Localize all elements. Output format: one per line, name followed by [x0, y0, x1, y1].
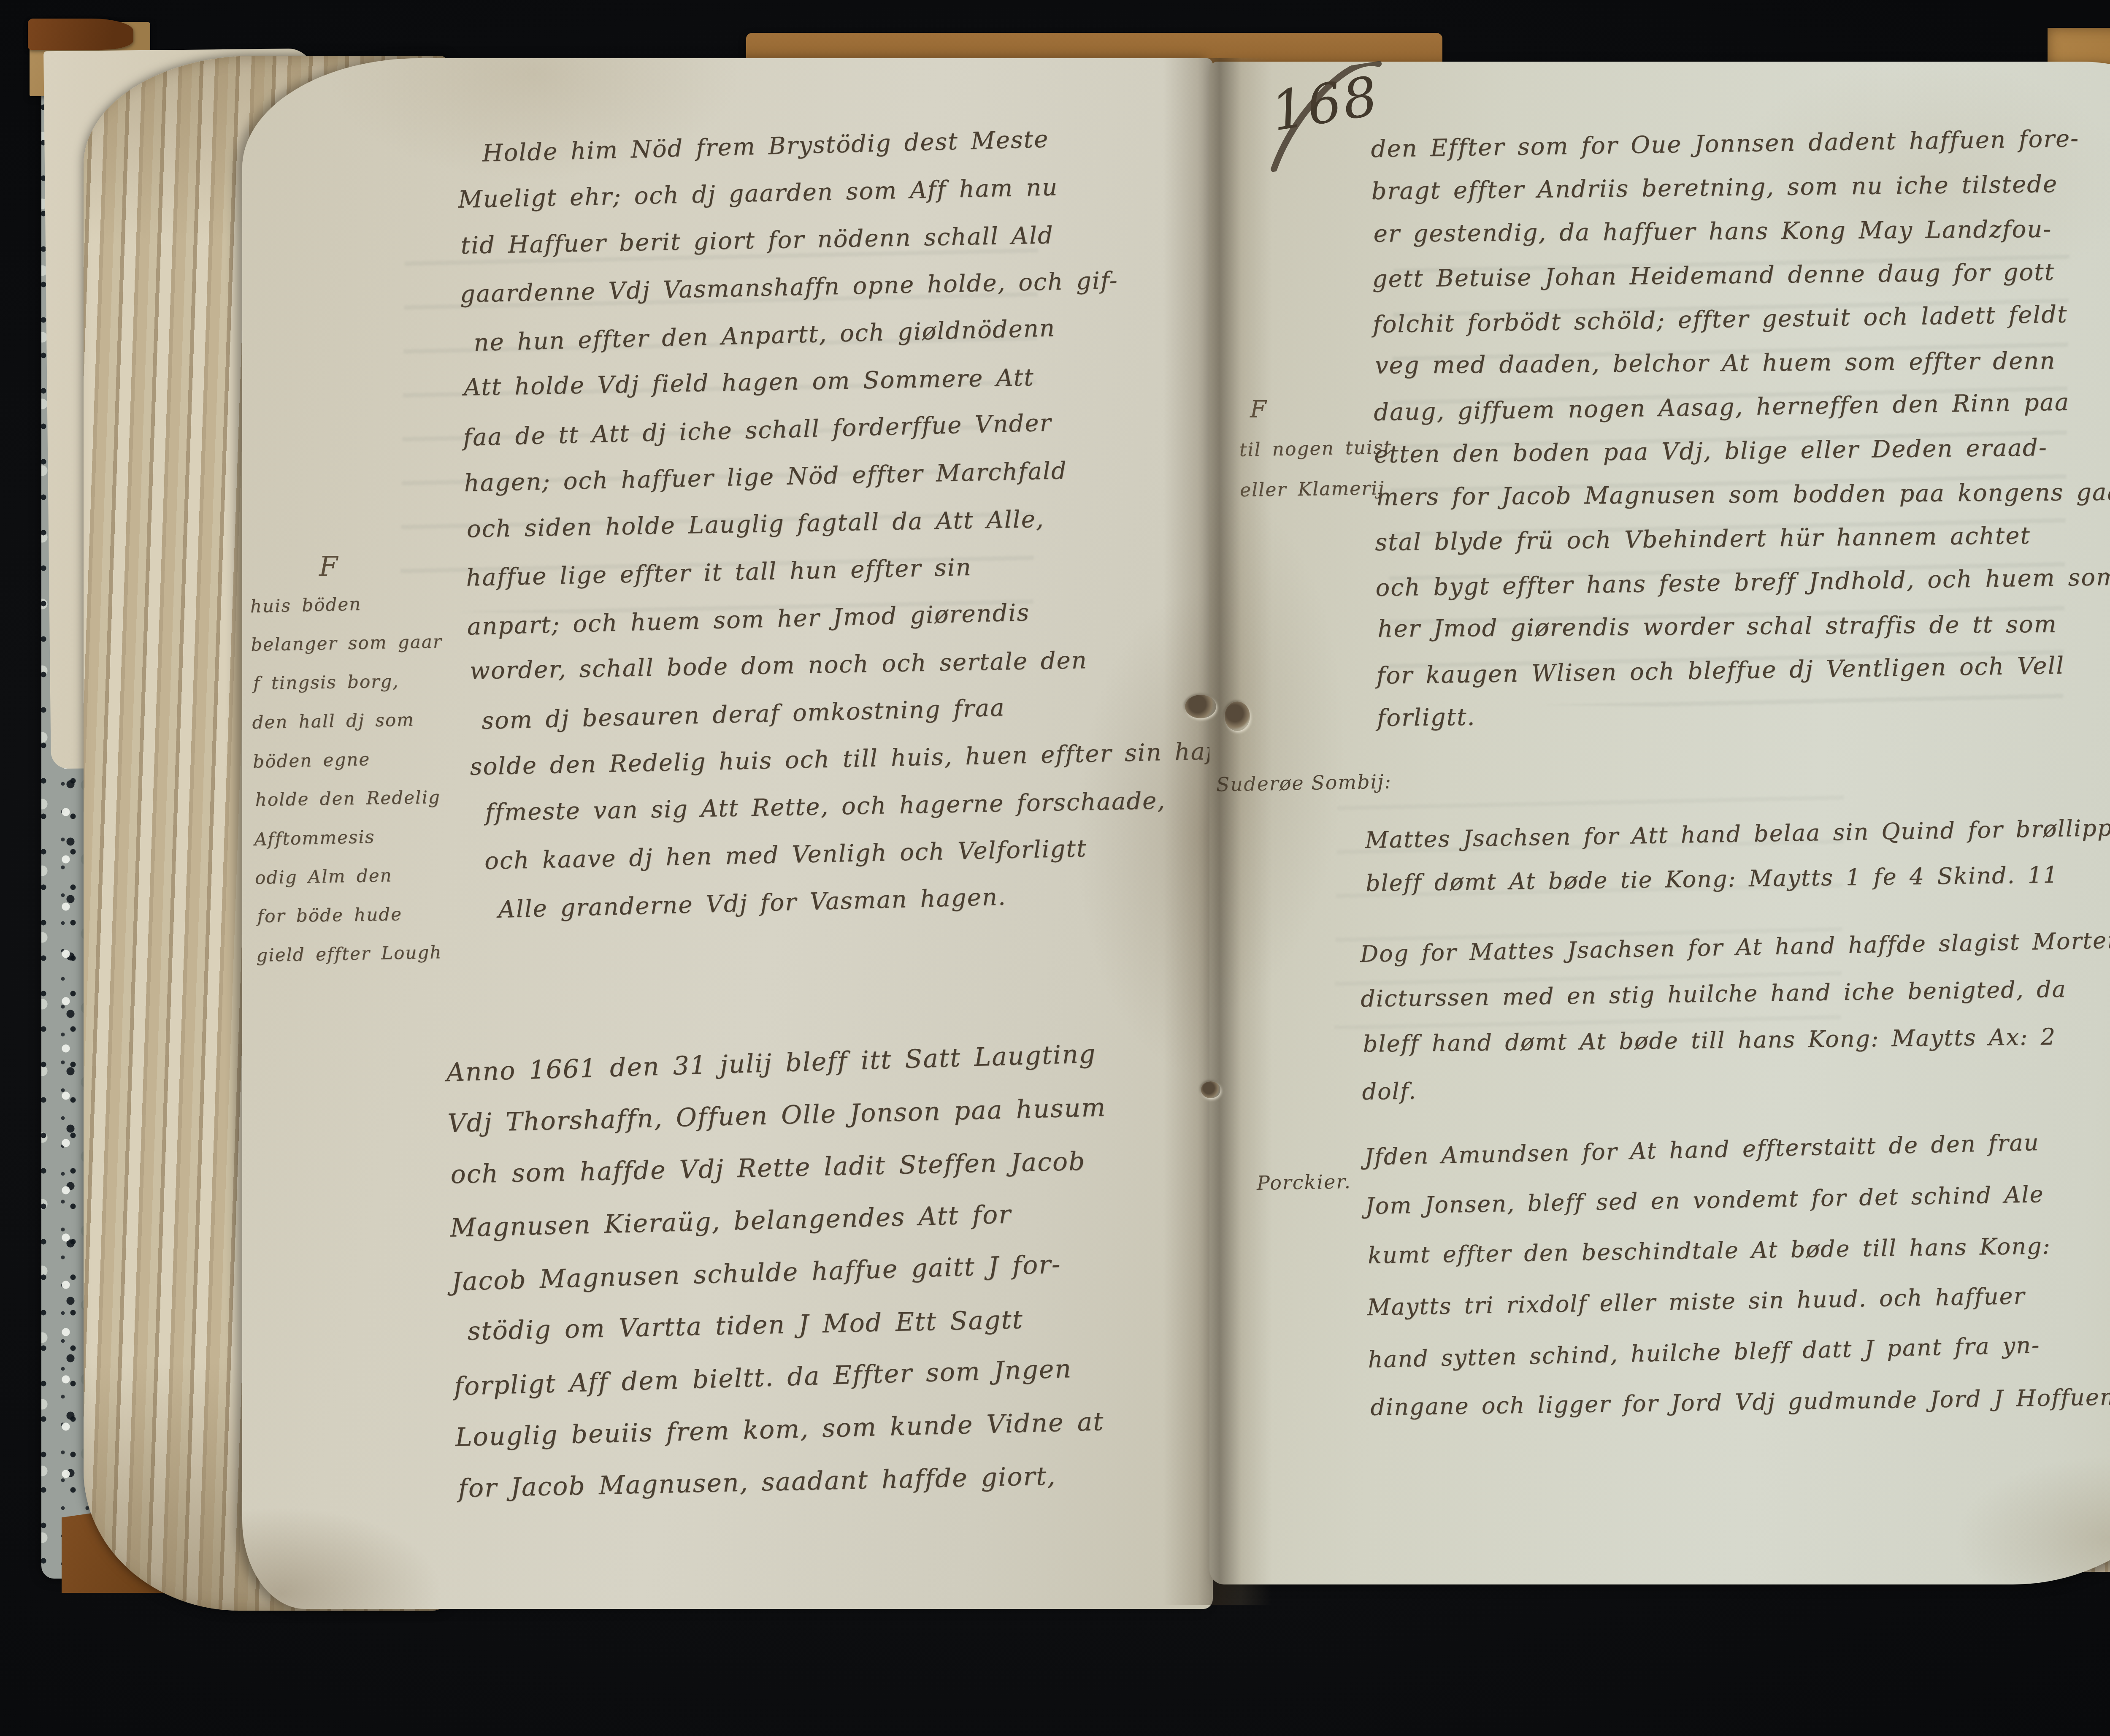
handwritten-line: belanger som gaar [251, 622, 443, 664]
gutter-shadow [1163, 58, 1272, 1605]
left-margin-note: huis bödenbelanger som gaarf tingsis bor… [250, 583, 448, 975]
paper-hole [1201, 1081, 1220, 1098]
handwritten-line: odig Alm den [254, 855, 446, 897]
left-page-paragraph-2: Anno 1661 den 31 julij bleff itt Satt La… [446, 1029, 1116, 1516]
left-margin-marker: F [319, 551, 338, 582]
paper-hole [1225, 701, 1250, 731]
handwritten-line: f tingsis borg, [253, 661, 445, 703]
handwritten-line: kumt effter den beschindtale At bøde til… [1367, 1220, 2110, 1281]
right-page-paragraph-3: Dog for Mattes Jsachsen for At hand haff… [1360, 919, 2110, 1115]
handwritten-line: den hall dj som [252, 700, 444, 742]
right-page-paragraph-1: den Effter som for Oue Jonnsen dadent ha… [1371, 118, 2110, 740]
handwritten-line: dingane och ligger for Jord Vdj gudmunde… [1370, 1372, 2110, 1433]
handwritten-line: er gestendig, da haffuer hans Kong May L… [1373, 207, 2110, 256]
handwritten-line: Afftommesis [254, 816, 446, 859]
left-page: F huis bödenbelanger som gaarf tingsis b… [242, 58, 1213, 1609]
handwritten-line: for böde hude [257, 894, 449, 936]
photograph-background: F huis bödenbelanger som gaarf tingsis b… [0, 0, 2110, 1736]
left-page-paragraph-1: Holde him Nöd frem Brystödig dest MesteM… [457, 114, 1227, 933]
handwritten-line: böden egne [252, 738, 444, 781]
page-number: 168 [1267, 65, 1383, 144]
handwritten-line: dolf. [1362, 1058, 2110, 1115]
handwritten-line: gield effter Lough [256, 933, 448, 975]
right-page-paragraph-2: Mattes Jsachsen for Att hand belaa sin Q… [1365, 807, 2110, 906]
handwritten-line: veg med daaden, belchor At huem som efft… [1375, 339, 2110, 387]
handwritten-line: her Jmod giørendis worder schal straffis… [1377, 602, 2110, 651]
handwritten-line: bleff hand dømt At bøde till hans Kong: … [1363, 1013, 2110, 1067]
paper-hole [1185, 695, 1216, 718]
right-page-paragraph-4: Jfden Amundsen for At hand effterstaitt … [1364, 1117, 2110, 1434]
handwritten-line: mers for Jacob Magnusen som bodden paa k… [1376, 470, 2110, 519]
right-page: 168 F til nogen tuisteller Klamerij den … [1209, 62, 2110, 1584]
worn-leather-fringe-top-left [28, 19, 133, 50]
handwritten-line: holde den Redelig [255, 778, 447, 819]
handwritten-line: huis böden [250, 583, 442, 626]
